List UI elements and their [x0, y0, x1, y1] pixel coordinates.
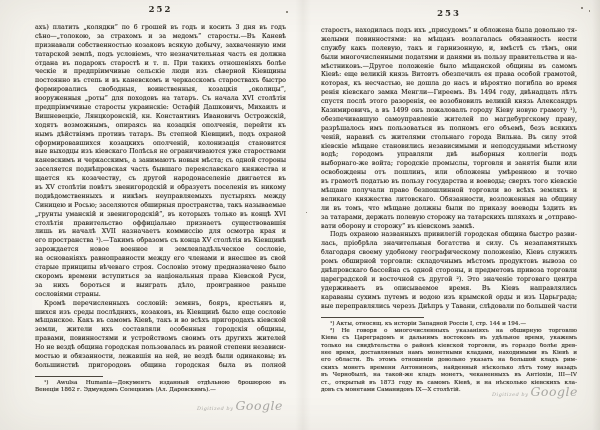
text-line: ²) Не говоря о многочисленныхъ указаніях…: [321, 328, 577, 335]
scan-speck: [589, 10, 590, 12]
text-line: зарождается новое военное и землевладѣль…: [35, 246, 286, 255]
text-line: мѣщане получали право безпошлинной торго…: [321, 187, 577, 196]
text-line: сформировавшихся козацкихъ ополченій, ко…: [35, 140, 286, 149]
text-line: Кромѣ перечисленныхъ сословій: земянъ, б…: [35, 300, 286, 309]
text-line: за татарами, держать полевую сторожу на …: [321, 214, 577, 223]
text-line: столѣтія правительство оффиціально призн…: [35, 220, 286, 229]
text-line: въ Чернобылѣ, на такой-же кладъ монетъ, …: [321, 372, 577, 379]
text-line: обезпечивавшую самоуправленіе жителей по…: [321, 116, 577, 125]
text-line: формировались свободныя, воинственныя, к…: [35, 86, 286, 95]
page-number: 253: [321, 9, 577, 19]
text-line: желыми повинностями: на мѣщанъ возлагала…: [321, 36, 577, 45]
text-line: старостъ, находилась подъ ихъ „присудомъ…: [321, 27, 577, 36]
text-line: признавали собственностью козаковъ всяку…: [35, 42, 286, 51]
page-left: 252 ахъ) платить „колядки“ по 6 грошей в…: [35, 0, 286, 430]
text-line: службу какъ полевую, такъ и гарнизонную,…: [321, 45, 577, 54]
text-line: старые принципы вѣчеваго строя. Сословію…: [35, 264, 286, 273]
text-line: постоянно въ степь и въ каневскомъ и чер…: [35, 77, 286, 86]
page-gutter-shadow: [295, 0, 311, 430]
text-line: Синицею и Росью; заселяются обширныя про…: [35, 202, 286, 211]
google-watermark: Digitized byGoogle: [197, 395, 283, 414]
text-line: караваны сухимъ путемъ и водою изъ крымс…: [321, 294, 577, 303]
body-text: ахъ) платить „колядки“ по 6 грошей въ го…: [35, 24, 286, 371]
text-line: сословіями страны.: [35, 291, 286, 300]
scan-edge-shadow: [592, 0, 600, 430]
text-line: ходятъ возможнымъ, опираясь на козацкія …: [35, 122, 286, 131]
scanned-book-spread: 252 ахъ) платить „колядки“ по 6 грошей в…: [0, 0, 600, 430]
text-line: вати оборону и сторожу“ въ кіевскомъ зам…: [321, 223, 577, 232]
text-line: разрѣшалось имъ пользоваться въ полномъ …: [321, 125, 577, 134]
text-line: лишь въ началѣ XVII назначаетъ коммиссію…: [35, 228, 286, 237]
scan-speck: [286, 11, 288, 13]
text-line: мостью и обязанности, лежавшія на ней, н…: [35, 353, 286, 362]
text-line: вые выходцы изъ кіевскаго Полѣсья не огр…: [35, 148, 286, 157]
text-line: ренія кіевскаго замка Менгли—Гиреемъ. Въ…: [321, 89, 577, 98]
watermark-prefix: Digitized by: [197, 406, 233, 412]
text-line: правами, повинностями и устройствомъ сво…: [35, 335, 286, 344]
text-line: Подъ охраною названныхъ привилегій город…: [321, 231, 577, 240]
text-line: благодаря своему удобному географическом…: [321, 249, 577, 258]
text-line: ¹) Awulsa Humania—Документъ изданный отд…: [35, 380, 286, 387]
google-logo-watermark: Google: [235, 398, 282, 413]
text-line: въ XV столѣтіи повѣтъ звенигородскій и о…: [35, 184, 286, 193]
text-line: мѣщанское. Какъ въ самомъ Кіевѣ, такъ и …: [35, 317, 286, 326]
text-line: предпріимчивые старосты украинскіе: Оста…: [35, 104, 286, 113]
text-line: за нихъ бороться и выиграть дѣло, проигр…: [35, 282, 286, 291]
text-line: Кіевѣ: еще великій князь Витовтъ обезпеч…: [321, 71, 577, 80]
text-line: удерживаетъ въ описываемое время. Въ Кіе…: [321, 285, 577, 294]
text-line: ли въ томъ, что мѣщане должны были по пр…: [321, 205, 577, 214]
text-line: водѣ; городомъ управляли двѣ выборныя ко…: [321, 151, 577, 160]
text-line: его области. Въ этомъ отношеніи довольно…: [321, 357, 577, 364]
text-line: великаго княжества литовскаго. Обязаннос…: [321, 196, 577, 205]
text-line: Венеціи 1862 г. Эдмундомъ Солецкимъ (Ал.…: [35, 387, 286, 394]
text-line: „грунты уманскій и звенигородскій“, въ к…: [35, 211, 286, 220]
text-line: Казимировичъ, а въ 1499 онъ пожаловалъ г…: [321, 107, 577, 116]
text-line: заселяется поднѣпровская часть бывшаго п…: [35, 166, 286, 175]
text-line: Кіева съ Цареградомъ и дальнимъ востоком…: [321, 335, 577, 342]
text-line: только на свидѣтельства о районѣ кіевско…: [321, 343, 577, 350]
text-line: ахъ) платить „колядки“ по 6 грошей въ го…: [35, 24, 286, 33]
text-line: были многочисленными податями и данями в…: [321, 54, 577, 63]
text-line: вые переправлялись черезъ Днѣпръ у Таван…: [321, 303, 577, 312]
text-line: отдана въ подарокъ старостѣ и т. п. При …: [35, 60, 286, 69]
text-line: на основаніяхъ равноправности между его …: [35, 255, 286, 264]
footnote-rule: [321, 317, 424, 318]
text-line: цареградской и восточной съ другой ²). Э…: [321, 276, 577, 285]
text-line: скихъ монетъ времени Антониновъ, найденн…: [321, 365, 577, 372]
google-watermark: Digitized byGoogle: [492, 381, 578, 400]
text-line: нее время, доставляемыя намъ монетными к…: [321, 350, 577, 357]
footnote-rule: [35, 376, 103, 377]
text-line: которая, къ несчастью, не дошла до насъ …: [321, 80, 577, 89]
text-line: нымъ дѣйствіямъ противъ татаръ. Въ степн…: [35, 131, 286, 140]
text-line: спустя послѣ этого разоренія, ее возобно…: [321, 98, 577, 107]
footnotes: ¹) Awulsa Humania—Документъ изданный отд…: [35, 380, 286, 395]
text-line: шихся изъ среды послѣднихъ, козаковъ, въ…: [35, 309, 286, 318]
text-line: выборнаго-же войта; городскіе промыслы, …: [321, 160, 577, 169]
watermark-prefix: Digitized by: [492, 392, 528, 398]
scan-speck: [306, 212, 307, 213]
text-line: его пространства ¹).—Такимъ образомъ съ …: [35, 237, 286, 246]
page-right: 253 старостъ, находилась подъ ихъ „прису…: [321, 0, 577, 430]
text-line: ромъ обширной торговли: складочнымъ мѣст…: [321, 258, 577, 267]
text-line: днѣпровскаго бассейна съ одной стороны, …: [321, 267, 577, 276]
text-line: ченій, наравнѣ съ жителями стольнаго гор…: [321, 134, 577, 143]
text-line: татарской землѣ, подъ условіемъ, что нез…: [35, 51, 286, 60]
text-line: вооруженныя „роты“ для походовъ на татар…: [35, 95, 286, 104]
text-line: сѣно—„толокою, за страхомъ и за медомъ“ …: [35, 33, 286, 42]
text-line: въ грамотѣ податью въ пользу государства…: [321, 178, 577, 187]
page-number: 252: [35, 5, 286, 15]
text-line: подвѣдомственныхъ и никѣмъ неуправляемых…: [35, 193, 286, 202]
text-line: каневскимъ и черкасскимъ, а занимаютъ но…: [35, 157, 286, 166]
google-logo-watermark: Google: [530, 384, 577, 399]
text-line: земли, жители ихъ составляли особенныя г…: [35, 326, 286, 335]
text-line: Но не вездѣ община городская пользовалас…: [35, 344, 286, 353]
text-line: скоромъ времени вступиться за національн…: [35, 273, 286, 282]
text-line: мѣстниковъ.—Другое положеніе было мѣщанс…: [321, 63, 577, 72]
text-line: ¹) Акты, относящ. къ исторіи Западной Ро…: [321, 321, 577, 328]
text-line: освобождены отъ пошлинъ, или обложены ум…: [321, 169, 577, 178]
text-line: кіевскіе мѣщане становились независимыми…: [321, 143, 577, 152]
text-line: щается къ козачеству, съ другой народона…: [35, 175, 286, 184]
text-line: лась, пріобрѣла значительныя богатства и…: [321, 240, 577, 249]
text-line: ческіе и предпріимчивые сельскіе люди из…: [35, 68, 286, 77]
text-line: Вишневецкіе, Лянцкоронскій, кн. Констант…: [35, 113, 286, 122]
body-text: старостъ, находилась подъ ихъ „присудомъ…: [321, 27, 577, 312]
text-line: большинствѣ пригородовъ община городская…: [35, 362, 286, 371]
scan-speck: [581, 7, 583, 9]
